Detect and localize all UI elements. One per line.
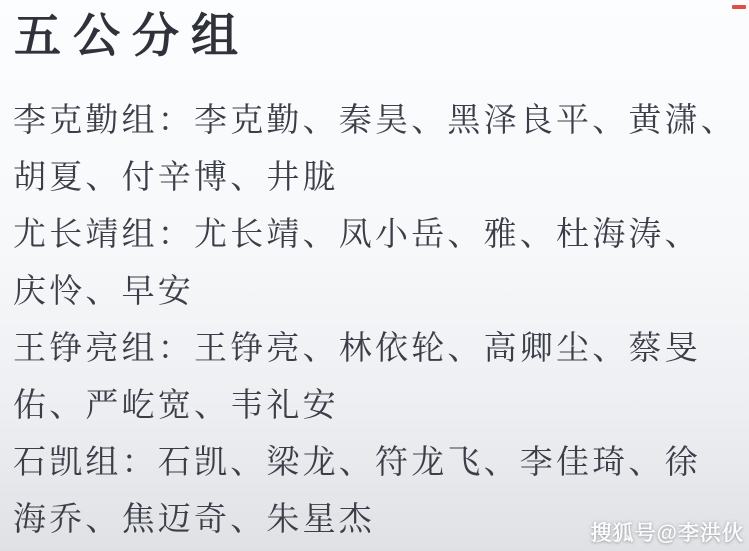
groups-text-block: 李克勤组：李克勤、秦昊、黑泽良平、黄潇、 胡夏、付辛博、井胧 尤长靖组：尤长靖、…: [13, 91, 749, 547]
group-wang-zhengliang: 王铮亮组：王铮亮、林依轮、高卿尘、蔡旻 佑、严屹宽、韦礼安: [13, 319, 749, 433]
red-dash-mark: [732, 5, 746, 9]
group-line: 石凯组：石凯、梁龙、符龙飞、李佳琦、徐: [13, 433, 749, 490]
group-you-changjing: 尤长靖组：尤长靖、凤小岳、雅、杜海涛、 庆怜、早安: [13, 205, 749, 319]
group-line: 胡夏、付辛博、井胧: [13, 148, 749, 205]
group-li-keqin: 李克勤组：李克勤、秦昊、黑泽良平、黄潇、 胡夏、付辛博、井胧: [13, 91, 749, 205]
group-line: 李克勤组：李克勤、秦昊、黑泽良平、黄潇、: [13, 91, 749, 148]
sohu-watermark: 搜狐号@李洪伙: [591, 517, 744, 547]
group-line: 王铮亮组：王铮亮、林依轮、高卿尘、蔡旻: [13, 319, 749, 376]
group-line: 尤长靖组：尤长靖、凤小岳、雅、杜海涛、: [13, 205, 749, 262]
page-title: 五公分组: [14, 4, 250, 68]
group-line: 佑、严屹宽、韦礼安: [13, 376, 749, 433]
group-line: 庆怜、早安: [13, 262, 749, 319]
